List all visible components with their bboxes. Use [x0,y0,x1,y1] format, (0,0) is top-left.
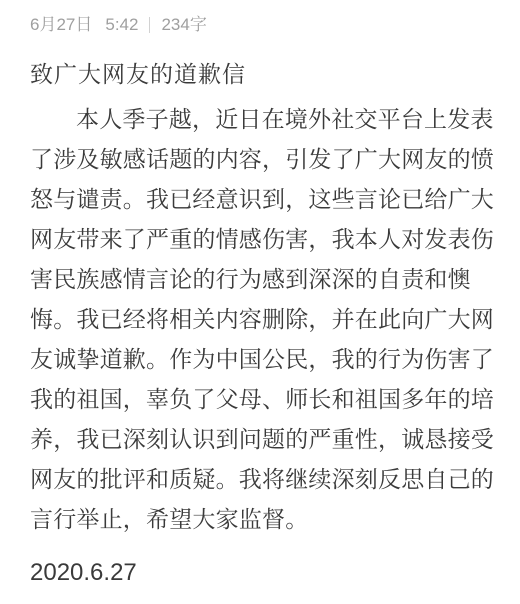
note-date: 6月27日 [30,13,92,37]
word-count: 234字 [161,13,206,37]
letter-title: 致广大网友的道歉信 [30,59,490,89]
meta-divider [149,17,150,33]
note-meta-bar: 6月27日 5:42 234字 [0,0,520,37]
letter-sign-date: 2020.6.27 [30,558,490,588]
note-time: 5:42 [105,13,138,37]
note-page: 6月27日 5:42 234字 致广大网友的道歉信 本人季子越，近日在境外社交平… [0,0,520,604]
letter-body: 本人季子越，近日在境外社交平台上发表 了涉及敏感话题的内容，引发了广大网友的愤 … [30,99,496,539]
